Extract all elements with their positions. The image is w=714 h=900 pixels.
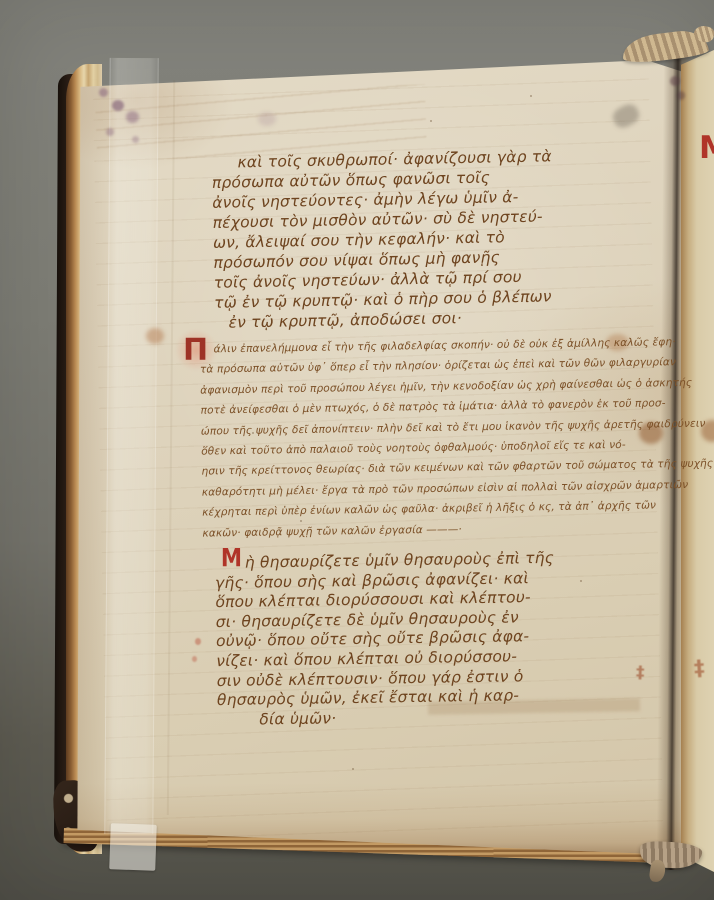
stain-purple — [112, 100, 124, 111]
stain-purple — [99, 88, 108, 97]
dust-speck — [352, 768, 354, 770]
stain-brown — [146, 328, 164, 344]
red-bleed-speck — [192, 656, 197, 662]
tailband-dangle — [649, 859, 667, 883]
repair-tissue-strip — [104, 58, 158, 834]
red-bleed-speck — [195, 638, 201, 645]
stain-brown — [670, 76, 680, 86]
gospel-text-top: καὶ τοῖς σκυθρωποί· ἀφανίζουσι γὰρ τὰ πρ… — [211, 145, 618, 333]
stain-purple — [106, 128, 114, 136]
dust-speck — [430, 120, 432, 122]
ink-offset-mark: ‡ — [636, 663, 645, 683]
dust-speck — [530, 95, 532, 97]
studio-background: ‡ ‡ Π Μ Μ καὶ τοῖς σκυθρωποί· ἀφανίζουσι… — [0, 0, 714, 900]
stain-purple — [258, 112, 276, 126]
tailband — [639, 840, 702, 869]
stain-purple — [126, 111, 139, 123]
ink-offset-mark: ‡ — [693, 656, 705, 681]
gospel-text-bottom: ὴ θησαυρίζετε ὑμῖν θησαυροὺς ἐπὶ τῆς γῆς… — [215, 548, 618, 731]
stain-purple — [132, 136, 139, 143]
rubric-initial-fragment: Μ — [699, 130, 714, 166]
stain-brown — [677, 91, 685, 100]
repair-tissue-tail — [109, 823, 157, 871]
commentary-text: άλιν ἐπανελήμμονα εἶ τὴν τῆς φιλαδελφίας… — [199, 332, 658, 543]
